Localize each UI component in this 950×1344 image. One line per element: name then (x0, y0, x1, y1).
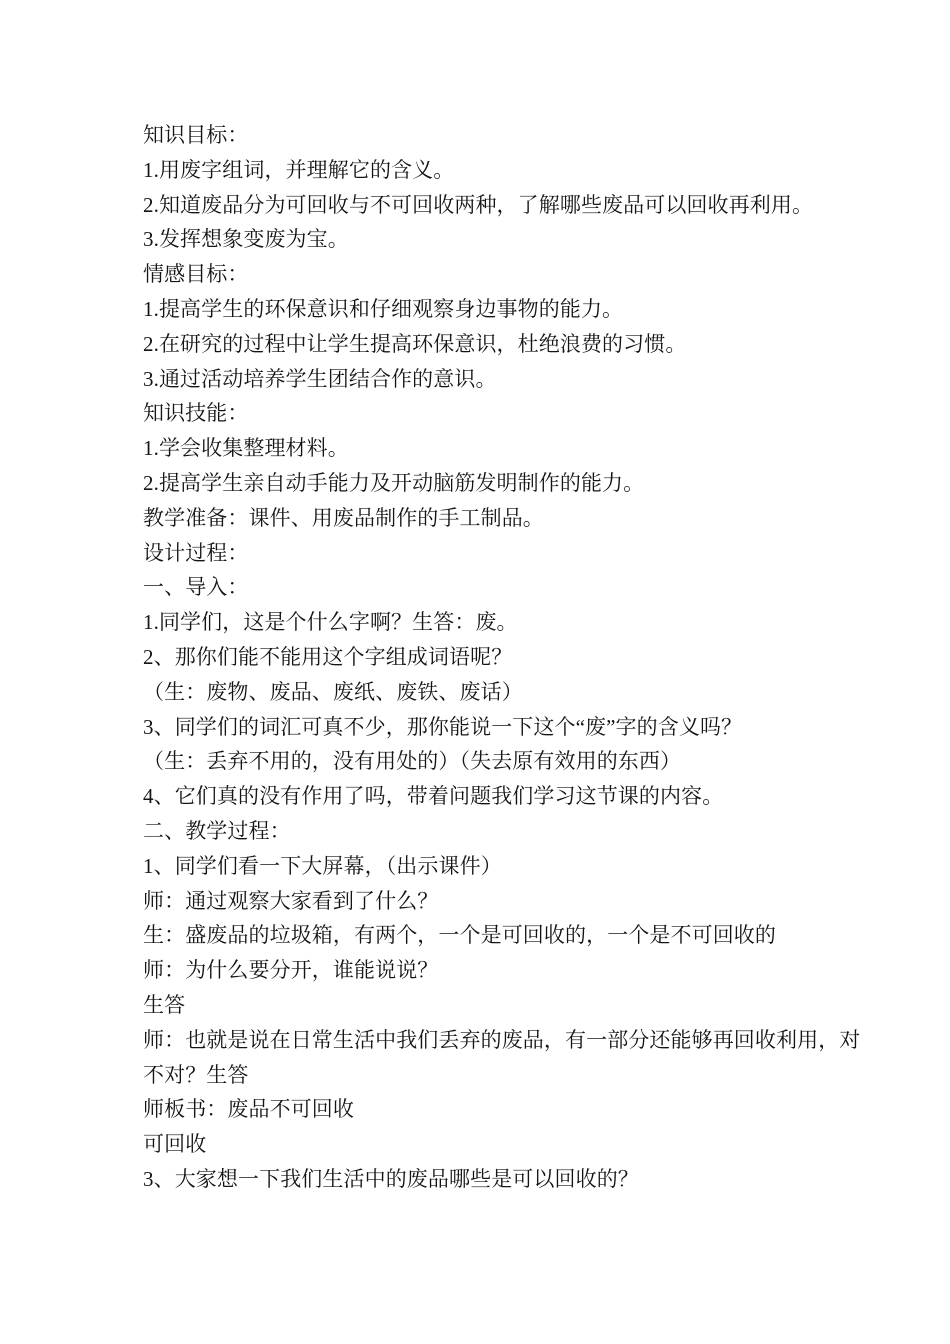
text-line: 不对？生答 (143, 1058, 923, 1093)
document-page: 知识目标： 1.用废字组词，并理解它的含义。 2.知道废品分为可回收与不可回收两… (0, 0, 950, 1344)
text-line: 设计过程： (143, 536, 923, 571)
text-line: 1.用废字组词，并理解它的含义。 (143, 153, 923, 188)
text-line: 师：为什么要分开，谁能说说？ (143, 953, 923, 988)
text-line: 1.学会收集整理材料。 (143, 431, 923, 466)
text-line: 知识目标： (143, 118, 923, 153)
document-text-block: 知识目标： 1.用废字组词，并理解它的含义。 2.知道废品分为可回收与不可回收两… (143, 118, 923, 1197)
text-line: （生：丢弃不用的，没有用处的）（失去原有效用的东西） (143, 744, 923, 779)
text-line: 1、同学们看一下大屏幕，（出示课件） (143, 849, 923, 884)
text-line: 生：盛废品的垃圾箱，有两个，一个是可回收的，一个是不可回收的 (143, 918, 923, 953)
text-line: 师：也就是说在日常生活中我们丢弃的废品，有一部分还能够再回收利用，对 (143, 1023, 923, 1058)
text-line: 3、大家想一下我们生活中的废品哪些是可以回收的？ (143, 1162, 923, 1197)
text-line: 可回收 (143, 1127, 923, 1162)
text-line: 1.提高学生的环保意识和仔细观察身边事物的能力。 (143, 292, 923, 327)
text-line: 4、它们真的没有作用了吗，带着问题我们学习这节课的内容。 (143, 779, 923, 814)
text-line: 2.在研究的过程中让学生提高环保意识，杜绝浪费的习惯。 (143, 327, 923, 362)
text-line: 生答 (143, 988, 923, 1023)
text-line: （生：废物、废品、废纸、废铁、废话） (143, 675, 923, 710)
text-line: 情感目标： (143, 257, 923, 292)
text-line: 二、教学过程： (143, 814, 923, 849)
text-line: 2.提高学生亲自动手能力及开动脑筋发明制作的能力。 (143, 466, 923, 501)
text-line: 2.知道废品分为可回收与不可回收两种，了解哪些废品可以回收再利用。 (143, 188, 923, 223)
text-line: 3.通过活动培养学生团结合作的意识。 (143, 362, 923, 397)
text-line: 教学准备：课件、用废品制作的手工制品。 (143, 501, 923, 536)
text-line: 3.发挥想象变废为宝。 (143, 222, 923, 257)
text-line: 师板书：废品不可回收 (143, 1092, 923, 1127)
text-line: 师：通过观察大家看到了什么？ (143, 884, 923, 919)
text-line: 一、导入： (143, 570, 923, 605)
text-line: 2、那你们能不能用这个字组成词语呢？ (143, 640, 923, 675)
text-line: 知识技能： (143, 396, 923, 431)
text-line: 3、同学们的词汇可真不少，那你能说一下这个“废”字的含义吗？ (143, 710, 923, 745)
text-line: 1.同学们，这是个什么字啊？生答：废。 (143, 605, 923, 640)
